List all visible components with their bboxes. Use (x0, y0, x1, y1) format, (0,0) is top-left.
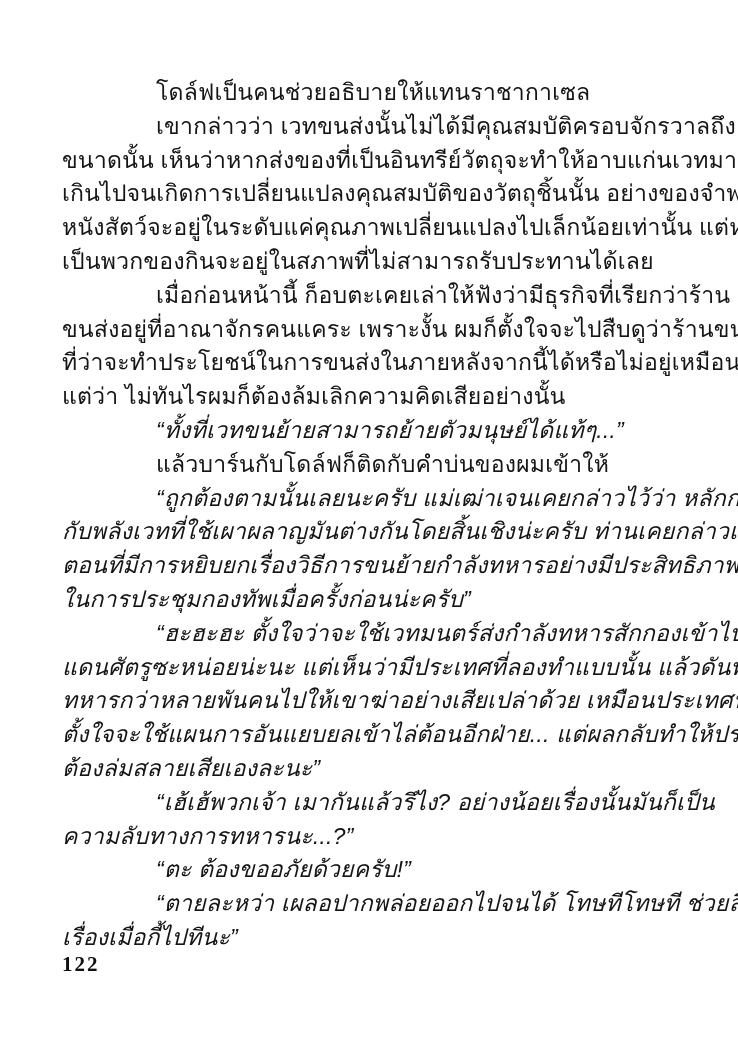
text-line: ทหารกว่าหลายพันคนไปให้เขาฆ่าอย่างเสียเปล… (62, 684, 682, 718)
text-line: “ถูกต้องตามนั้นเลยนะครับ แม่เฒ่าเจนเคยกล… (62, 482, 682, 516)
text-line: “ตายละหว่า เผลอปากพล่อยออกไปจนได้ โทษทีโ… (62, 887, 682, 921)
text-line: โดล์ฟเป็นคนช่วยอธิบายให้แทนราชากาเซล (62, 76, 682, 110)
book-page: โดล์ฟเป็นคนช่วยอธิบายให้แทนราชากาเซลเขาก… (0, 0, 738, 1051)
text-line: ตั้งใจจะใช้แผนการอันแยบยลเข้าไล่ต้อนอีกฝ… (62, 718, 682, 752)
text-line: ขนส่งอยู่ที่อาณาจักรคนแคระ เพราะงั้น ผมก… (62, 313, 682, 347)
text-line: “ตะ ต้องขออภัยด้วยครับ!” (62, 853, 682, 887)
text-line: ต้องล่มสลายเสียเองละนะ” (62, 752, 682, 786)
page-number: 122 (62, 952, 100, 977)
text-line: แดนศัตรูซะหน่อยน่ะนะ แต่เห็นว่ามีประเทศท… (62, 651, 682, 685)
text-line: ขนาดนั้น เห็นว่าหากส่งของที่เป็นอินทรีย์… (62, 144, 682, 178)
body-text: โดล์ฟเป็นคนช่วยอธิบายให้แทนราชากาเซลเขาก… (62, 76, 682, 955)
text-line: หนังสัตว์จะอยู่ในระดับแค่คุณภาพเปลี่ยนแป… (62, 211, 682, 245)
text-line: เมื่อก่อนหน้านี้ ก็อบตะเคยเล่าให้ฟังว่าม… (62, 279, 682, 313)
text-line: “ทั้งที่เวทขนย้ายสามารถย้ายตัวมนุษย์ได้แ… (62, 414, 682, 448)
text-line: “ฮะฮะฮะ ตั้งใจว่าจะใช้เวทมนตร์ส่งกำลังทห… (62, 617, 682, 651)
text-line: เขากล่าวว่า เวทขนส่งนั้นไม่ได้มีคุณสมบัต… (62, 110, 682, 144)
text-line: ในการประชุมกองทัพเมื่อครั้งก่อนน่ะครับ” (62, 583, 682, 617)
text-line: แล้วบาร์นกับโดล์ฟก็ติดกับคำบ่นของผมเข้าใ… (62, 448, 682, 482)
text-line: กับพลังเวทที่ใช้เผาผลาญมันต่างกันโดยสิ้น… (62, 515, 682, 549)
text-line: ตอนที่มีการหยิบยกเรื่องวิธีการขนย้ายกำลั… (62, 549, 682, 583)
text-line: ที่ว่าจะทำประโยชน์ในการขนส่งในภายหลังจาก… (62, 346, 682, 380)
text-line: เกินไปจนเกิดการเปลี่ยนแปลงคุณสมบัติของวั… (62, 177, 682, 211)
text-line: ความลับทางการทหารนะ...?” (62, 820, 682, 854)
text-line: เป็นพวกของกินจะอยู่ในสภาพที่ไม่สามารถรับ… (62, 245, 682, 279)
text-line: แต่ว่า ไม่ทันไรผมก็ต้องล้มเลิกความคิดเสี… (62, 380, 682, 414)
text-line: “เฮ้เฮ้พวกเจ้า เมากันแล้วรึไง? อย่างน้อย… (62, 786, 682, 820)
text-line: เรื่องเมื่อกี้ไปทีนะ” (62, 921, 682, 955)
